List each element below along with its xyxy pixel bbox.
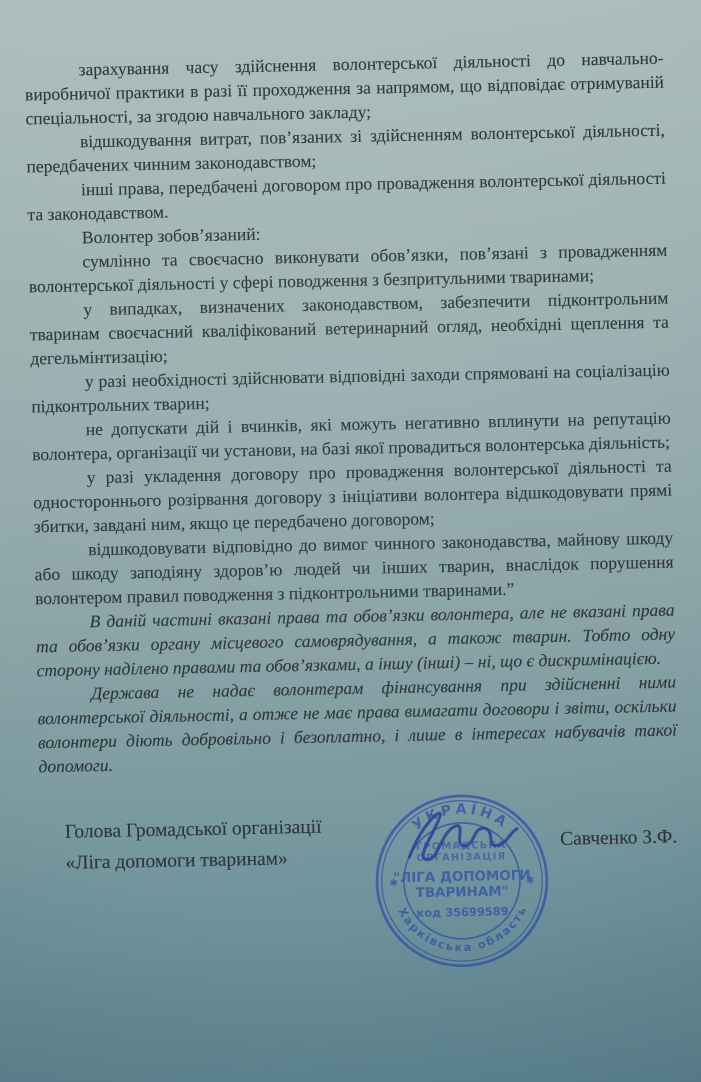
paragraph-12-commentary: Держава не надає волонтерам фінансування… xyxy=(37,670,678,779)
paragraph-9: у разі укладення договору про провадженн… xyxy=(33,454,673,539)
signature-area: Голова Громадської організації «Ліга доп… xyxy=(6,788,701,1082)
stamp-org-name-line2: ТВАРИНАМ" xyxy=(416,884,509,901)
document-sheet: зарахування часу здійснення волонтерсько… xyxy=(0,0,701,1082)
paragraph-1: зарахування часу здійснення волонтерсько… xyxy=(24,46,664,131)
paragraph-11-commentary: В даній частині вказані права та обов’яз… xyxy=(35,598,675,683)
paragraph-6: у випадках, визначених законодавством, з… xyxy=(29,286,669,371)
signer-title-line1: Голова Громадської організації xyxy=(65,812,322,848)
stamp-code: код 35699589 xyxy=(416,904,508,920)
signer-title: Голова Громадської організації «Ліга доп… xyxy=(65,812,323,879)
document-text-block: зарахування часу здійснення волонтерсько… xyxy=(24,46,677,779)
paragraph-10: відшкодовувати відповідно до вимог чинно… xyxy=(34,526,674,611)
handwritten-signature xyxy=(400,799,531,877)
signer-name: Савченко З.Ф. xyxy=(560,827,677,851)
document-photo: зарахування часу здійснення волонтерсько… xyxy=(0,0,701,1082)
signer-title-line2: «Ліга допомоги тваринам» xyxy=(65,843,322,879)
